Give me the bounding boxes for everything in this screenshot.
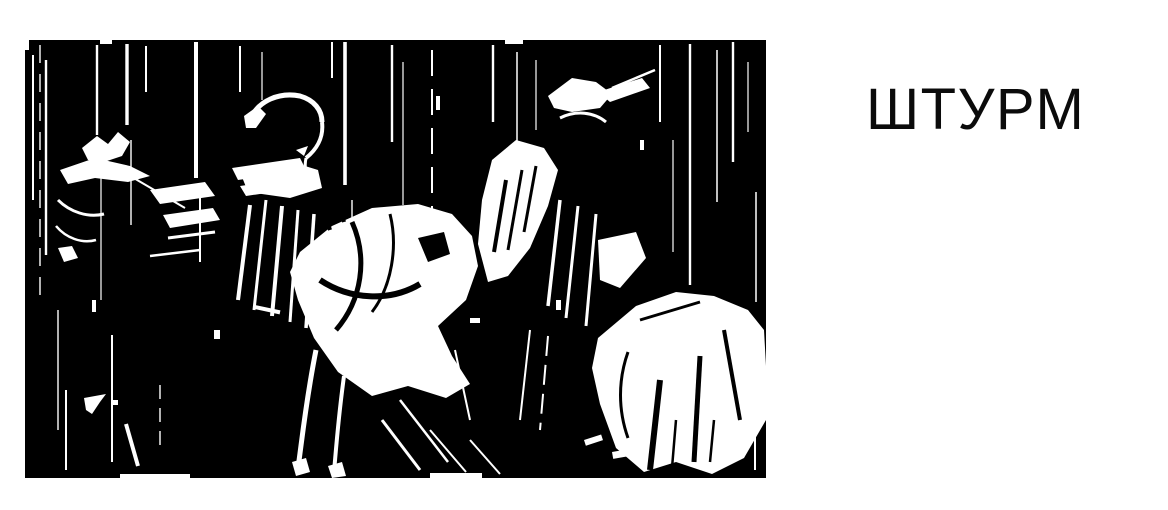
book-page: ШТУРМ — [0, 0, 1168, 510]
page-title: ШТУРМ — [866, 76, 1085, 143]
